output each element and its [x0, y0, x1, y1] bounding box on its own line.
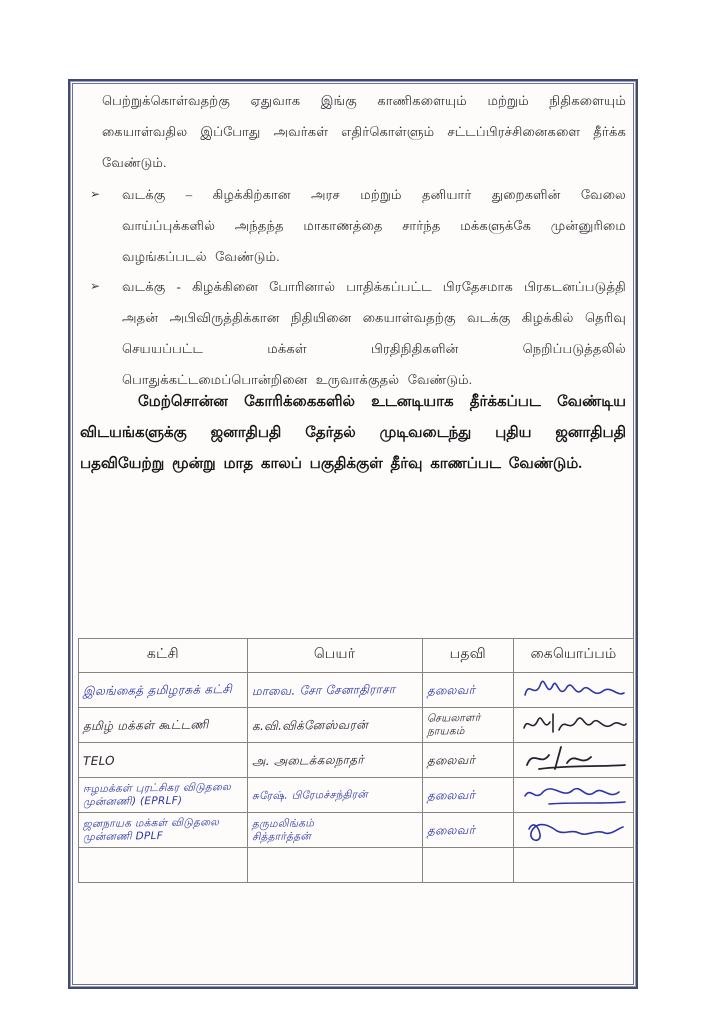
name-cell [247, 848, 422, 883]
name-cell: சுரேஷ். பிரேமச்சந்திரன் [252, 788, 418, 803]
signature-scribble [519, 780, 629, 810]
table-row-eprlf: ஈழமக்கள் புரட்சிகர விடுதலை முன்னணி) (EPR… [79, 778, 634, 813]
table-row-tamil-makkal-kootani: தமிழ் மக்கள் கூட்டணி க.வி.விக்னேஸ்வரன் ச… [79, 708, 634, 743]
closing-paragraph: மேற்சொன்ன கோரிக்கைகளில் உடனடியாக தீர்க்க… [80, 387, 626, 480]
bullet-text: வடக்கு – கிழக்கிற்கான அரச மற்றும் தனியார… [122, 179, 626, 272]
table-row-telo: TELO அ. அடைக்கலநாதர் தலைவர் [79, 743, 634, 778]
bullet-item-war-affected-region: ➢ வடக்கு - கிழக்கினை போரினால் பாதிக்கப்ப… [90, 271, 626, 395]
page-border-frame: பெற்றுக்கொள்வதற்கு ஏதுவாக இங்கு காணிகளைய… [68, 79, 638, 989]
arrow-bullet-icon: ➢ [90, 179, 100, 210]
table-row-dplf: ஜனநாயக மக்கள் விடுதலை முன்னணி DPLF தருமல… [79, 813, 634, 848]
signature-scribble [519, 745, 629, 775]
table-row-itak: இலங்கைத் தமிழரசுக் கட்சி மாவை. சோ சேனாதி… [79, 673, 634, 708]
party-cell: தமிழ் மக்கள் கூட்டணி [83, 717, 243, 734]
bullet-text: வடக்கு - கிழக்கினை போரினால் பாதிக்கப்பட்… [122, 271, 626, 395]
party-cell [79, 848, 248, 883]
name-cell: மாவை. சோ சேனாதிராசா [252, 682, 418, 699]
party-cell: TELO [83, 752, 243, 769]
position-cell: செயலாளர் நாயகம் [426, 712, 509, 738]
scanned-document-page: பெற்றுக்கொள்வதற்கு ஏதுவாக இங்கு காணிகளைய… [0, 0, 727, 1024]
body-paragraph-continuation: பெற்றுக்கொள்வதற்கு ஏதுவாக இங்கு காணிகளைய… [102, 85, 626, 178]
position-cell: தலைவர் [426, 822, 509, 838]
signature-table: கட்சி பெயர் பதவி கையொப்பம் இலங்கைத் தமிழ… [78, 638, 634, 883]
page-content: பெற்றுக்கொள்வதற்கு ஏதுவாக இங்கு காணிகளைய… [70, 81, 636, 987]
party-cell: இலங்கைத் தமிழரசுக் கட்சி [83, 682, 243, 699]
name-cell: க.வி.விக்னேஸ்வரன் [252, 717, 418, 734]
name-cell: அ. அடைக்கலநாதர் [252, 752, 418, 769]
header-name: பெயர் [247, 639, 422, 673]
header-position: பதவி [422, 639, 514, 673]
position-cell [422, 848, 514, 883]
signature-scribble [519, 815, 629, 845]
signature-scribble [519, 710, 629, 740]
name-cell: தருமலிங்கம் சித்தார்த்தன் [252, 816, 418, 844]
header-signature: கையொப்பம் [514, 639, 634, 673]
arrow-bullet-icon: ➢ [90, 271, 100, 302]
signature-cell [514, 848, 634, 883]
signature-scribble [519, 675, 629, 705]
header-party: கட்சி [79, 639, 248, 673]
bullet-item-employment: ➢ வடக்கு – கிழக்கிற்கான அரச மற்றும் தனிய… [90, 179, 626, 272]
position-cell: தலைவர் [426, 682, 509, 698]
party-cell: ஜனநாயக மக்கள் விடுதலை முன்னணி DPLF [83, 816, 243, 843]
table-row-empty [79, 848, 634, 883]
party-cell: ஈழமக்கள் புரட்சிகர விடுதலை முன்னணி) (EPR… [83, 781, 243, 808]
position-cell: தலைவர் [426, 787, 509, 803]
position-cell: தலைவர் [426, 752, 509, 768]
table-header-row: கட்சி பெயர் பதவி கையொப்பம் [79, 639, 634, 673]
